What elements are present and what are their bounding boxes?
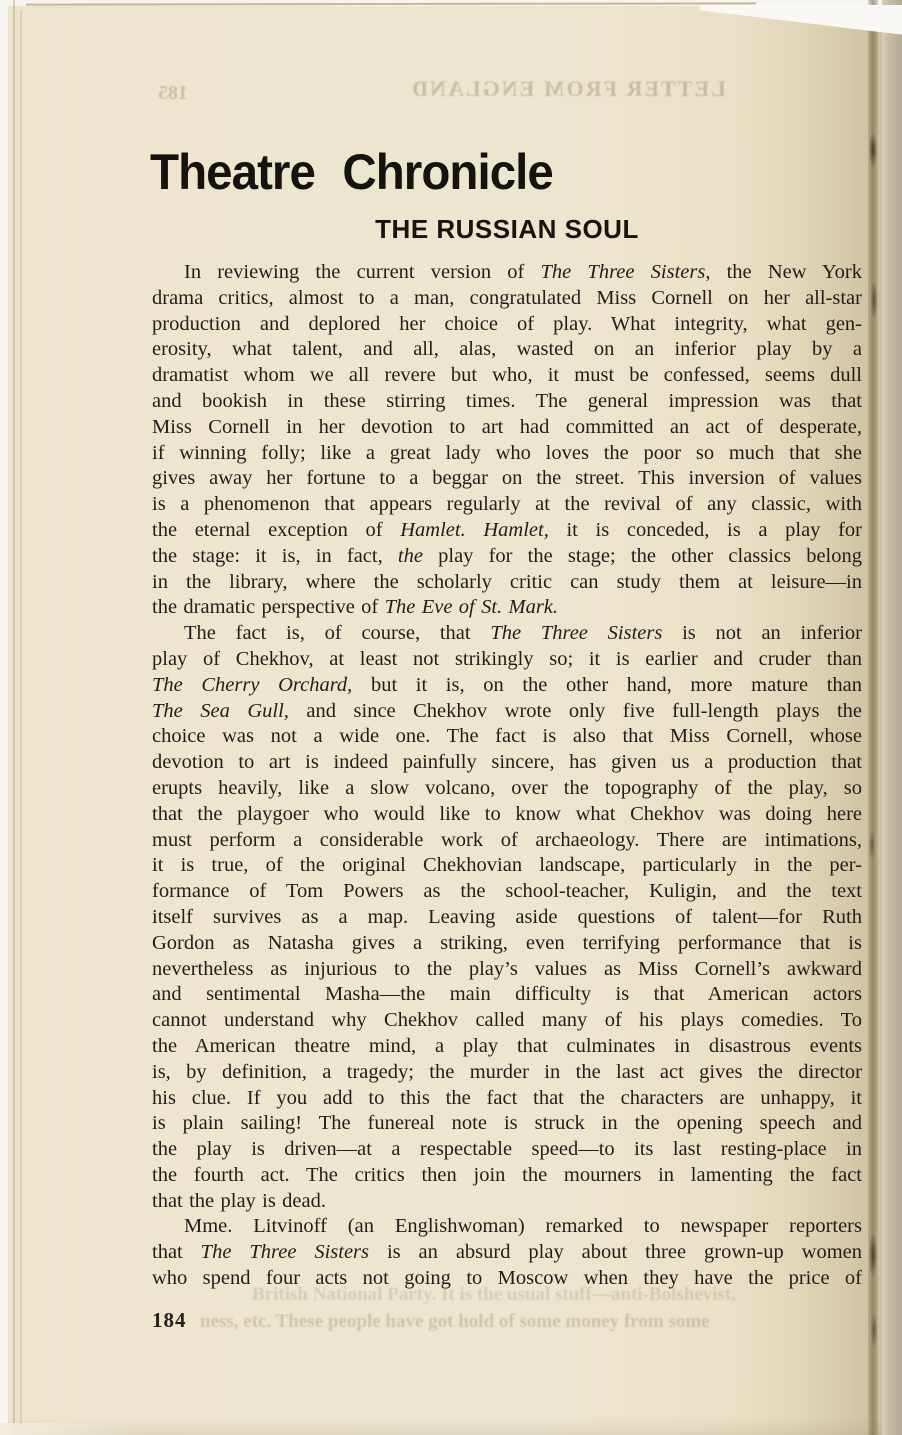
- text-run: play for the stage; the other classics b…: [423, 545, 862, 567]
- text-line: the fourth act. The critics then join th…: [152, 1163, 862, 1189]
- text-run: in the library, where the scholarly crit…: [152, 571, 862, 593]
- italic-text-run: The Eve of St. Mark.: [385, 596, 558, 618]
- text-run: play of Chekhov, at least not strikingly…: [152, 648, 862, 670]
- text-line: the eternal exception of Hamlet. Hamlet,…: [152, 518, 862, 544]
- book-scan: { "page": { "title": "Theatre Chronicle"…: [0, 0, 902, 1435]
- text-run: the American theatre mind, a play that c…: [152, 1035, 862, 1057]
- italic-text-run: The Sea Gull,: [152, 700, 289, 722]
- text-run: if winning folly; like a great lady who …: [152, 442, 862, 464]
- text-line: is a phenomenon that appears regularly a…: [152, 492, 862, 518]
- italic-text-run: Hamlet. Hamlet,: [400, 519, 549, 541]
- text-line: that the play is dead.: [152, 1189, 862, 1215]
- text-line: that The Three Sisters is an absurd play…: [152, 1240, 862, 1266]
- text-run: choice was not a wide one. The fact is a…: [152, 725, 862, 747]
- text-run: In reviewing the current version of: [184, 261, 541, 283]
- text-run: and since Chekhov wrote only five full-l…: [289, 700, 862, 722]
- italic-text-run: The Three Sisters: [490, 622, 662, 644]
- text-line: must perform a considerable work of arch…: [152, 828, 862, 854]
- text-line: The Sea Gull, and since Chekhov wrote on…: [152, 699, 862, 725]
- text-line: In reviewing the current version of The …: [152, 260, 862, 286]
- page-title: Theatre Chronicle: [150, 146, 553, 198]
- text-line: play of Chekhov, at least not strikingly…: [152, 647, 862, 673]
- text-run: devotion to art is indeed painfully sinc…: [152, 751, 862, 773]
- text-line: dramatist whom we all revere but who, it…: [152, 363, 862, 389]
- page-bottom-edge: [0, 1423, 140, 1435]
- text-line: Miss Cornell in her devotion to art had …: [152, 415, 862, 441]
- page-number: 184: [152, 1308, 187, 1333]
- text-line: Gordon as Natasha gives a striking, even…: [152, 931, 862, 957]
- text-run: , the New York: [705, 261, 862, 283]
- text-run: and sentimental Masha—the main difficult…: [152, 983, 862, 1005]
- text-line: nevertheless as injurious to the play’s …: [152, 957, 862, 983]
- text-line: the dramatic perspective of The Eve of S…: [152, 595, 862, 621]
- text-run: the eternal exception of: [152, 519, 400, 541]
- text-run: the dramatic perspective of: [152, 596, 385, 618]
- text-line: the American theatre mind, a play that c…: [152, 1034, 862, 1060]
- text-line: erupts heavily, like a slow volcano, ove…: [152, 776, 862, 802]
- text-run: that the playgoer who would like to know…: [152, 803, 862, 825]
- text-line: gives away her fortune to a beggar on th…: [152, 466, 862, 492]
- text-run: Mme. Litvinoff (an Englishwoman) remarke…: [184, 1215, 862, 1237]
- text-line: in the library, where the scholarly crit…: [152, 570, 862, 596]
- text-line: Mme. Litvinoff (an Englishwoman) remarke…: [152, 1214, 862, 1240]
- text-line: who spend four acts not going to Moscow …: [152, 1266, 862, 1292]
- text-line: and bookish in these stirring times. The…: [152, 389, 862, 415]
- text-run: is an absurd play about three grown-up w…: [369, 1241, 862, 1263]
- text-run: cannot understand why Chekhov called man…: [152, 1009, 862, 1031]
- text-line: production and deplored her choice of pl…: [152, 312, 862, 338]
- body-text: In reviewing the current version of The …: [152, 260, 862, 1292]
- text-line: erosity, what talent, and all, alas, was…: [152, 337, 862, 363]
- text-run: that: [152, 1241, 201, 1263]
- text-line: The Cherry Orchard, but it is, on the ot…: [152, 673, 862, 699]
- text-line: his clue. If you add to this the fact th…: [152, 1086, 862, 1112]
- text-run: is, by definition, a tragedy; the murder…: [152, 1061, 862, 1083]
- text-run: and bookish in these stirring times. The…: [152, 390, 862, 412]
- text-run: The fact is, of course, that: [184, 622, 490, 644]
- section-subtitle: THE RUSSIAN SOUL: [152, 214, 862, 245]
- text-line: is, by definition, a tragedy; the murder…: [152, 1060, 862, 1086]
- text-line: itself survives as a map. Leaving aside …: [152, 905, 862, 931]
- text-line: choice was not a wide one. The fact is a…: [152, 724, 862, 750]
- text-run: Miss Cornell in her devotion to art had …: [152, 416, 862, 438]
- text-run: gives away her fortune to a beggar on th…: [152, 467, 862, 489]
- text-run: his clue. If you add to this the fact th…: [152, 1087, 862, 1109]
- text-run: drama critics, almost to a man, congratu…: [152, 287, 862, 309]
- text-run: erosity, what talent, and all, alas, was…: [152, 338, 862, 360]
- italic-text-run: The Three Sisters: [201, 1241, 369, 1263]
- binding-edge: [868, 0, 878, 1435]
- text-run: it is conceded, is a play for: [549, 519, 862, 541]
- text-run: who spend four acts not going to Moscow …: [152, 1267, 862, 1289]
- text-line: that the playgoer who would like to know…: [152, 802, 862, 828]
- text-run: is not an inferior: [662, 622, 862, 644]
- text-run: the play is driven—at a respectable spee…: [152, 1138, 862, 1160]
- page-edge-line: [13, 0, 15, 1435]
- text-line: cannot understand why Chekhov called man…: [152, 1008, 862, 1034]
- text-line: if winning folly; like a great lady who …: [152, 441, 862, 467]
- italic-text-run: the: [398, 545, 423, 567]
- text-line: it is true, of the original Chekhovian l…: [152, 853, 862, 879]
- text-run: dramatist whom we all revere but who, it…: [152, 364, 862, 386]
- page-edge-line: [20, 10, 22, 1435]
- text-run: that the play is dead.: [152, 1190, 326, 1212]
- text-line: is plain sailing! The funereal note is s…: [152, 1111, 862, 1137]
- italic-text-run: The Three Sisters: [541, 261, 706, 283]
- text-line: devotion to art is indeed painfully sinc…: [152, 750, 862, 776]
- text-line: the play is driven—at a respectable spee…: [152, 1137, 862, 1163]
- text-run: Gordon as Natasha gives a striking, even…: [152, 932, 862, 954]
- text-run: itself survives as a map. Leaving aside …: [152, 906, 862, 928]
- text-run: is plain sailing! The funereal note is s…: [152, 1112, 862, 1134]
- text-run: is a phenomenon that appears regularly a…: [152, 493, 862, 515]
- text-line: the stage: it is, in fact, the play for …: [152, 544, 862, 570]
- text-run: production and deplored her choice of pl…: [152, 313, 862, 335]
- text-run: formance of Tom Powers as the school-tea…: [152, 880, 862, 902]
- text-line: and sentimental Masha—the main difficult…: [152, 982, 862, 1008]
- text-run: the fourth act. The critics then join th…: [152, 1164, 862, 1186]
- text-line: drama critics, almost to a man, congratu…: [152, 286, 862, 312]
- page-stack-edge: [882, 0, 902, 1435]
- text-run: the stage: it is, in fact,: [152, 545, 398, 567]
- text-line: formance of Tom Powers as the school-tea…: [152, 879, 862, 905]
- text-run: nevertheless as injurious to the play’s …: [152, 958, 862, 980]
- text-run: it is true, of the original Chekhovian l…: [152, 854, 862, 876]
- text-run: must perform a considerable work of arch…: [152, 829, 862, 851]
- text-run: erupts heavily, like a slow volcano, ove…: [152, 777, 862, 799]
- italic-text-run: The Cherry Orchard,: [152, 674, 352, 696]
- text-line: The fact is, of course, that The Three S…: [152, 621, 862, 647]
- text-run: but it is, on the other hand, more matur…: [352, 674, 862, 696]
